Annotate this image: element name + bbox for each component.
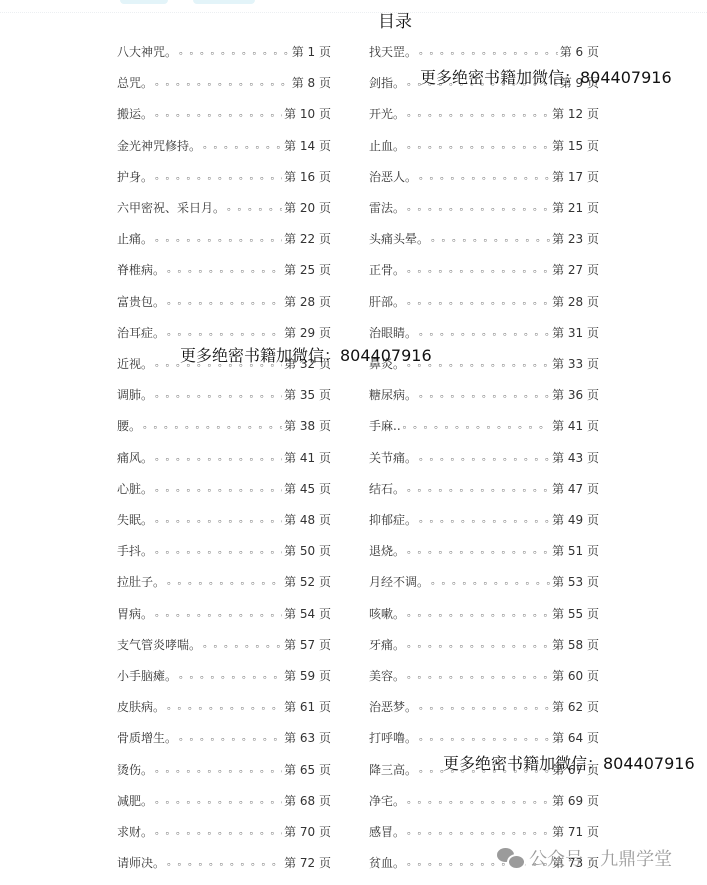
- toc-entry-page: 第 70 页: [282, 822, 331, 842]
- toc-entry-page: 第 69 页: [550, 791, 599, 811]
- toc-entry-page: 第 16 页: [282, 167, 331, 187]
- toc-entry-page: 第 28 页: [550, 292, 599, 312]
- toc-entry-page: 第 17 页: [550, 167, 599, 187]
- toc-dot-leader: 。。。。。。。。。。。。。。。。: [153, 385, 282, 405]
- promo-watermark-2: 更多绝密书籍加微信：804407916: [180, 343, 432, 366]
- toc-dot-leader: 。。。。。。。。。。。。。。。。: [165, 853, 282, 873]
- toc-entry-label: 减肥。: [117, 791, 153, 811]
- toc-entry[interactable]: 手麻..。。。。。。。。。。。。。。。。第 41 页: [369, 416, 599, 436]
- toc-dot-leader: 。。。。。。。。。。。。。。。。: [405, 479, 550, 499]
- toc-entry-page: 第 29 页: [282, 323, 331, 343]
- toc-dot-leader: 。。。。。。。。。。。。。。。。: [417, 510, 550, 530]
- toc-dot-leader: 。。。。。。。。。。。。。。。。: [405, 292, 550, 312]
- toc-entry-label: 美容。: [369, 666, 405, 686]
- toc-entry-page: 第 49 页: [550, 510, 599, 530]
- toc-dot-leader: 。。。。。。。。。。。。。。。。: [405, 791, 550, 811]
- toc-entry[interactable]: 金光神咒修持。。。。。。。。。。。。。。。。。第 14 页: [117, 136, 331, 156]
- toc-entry[interactable]: 支气管炎哮喘。。。。。。。。。。。。。。。。。第 57 页: [117, 635, 331, 655]
- toc-entry[interactable]: 请师决。。。。。。。。。。。。。。。。。第 72 页: [117, 853, 331, 873]
- toc-entry[interactable]: 求财。。。。。。。。。。。。。。。。。第 70 页: [117, 822, 331, 842]
- toc-entry-label: 感冒。: [369, 822, 405, 842]
- toc-dot-leader: 。。。。。。。。。。。。。。。。: [177, 42, 290, 62]
- toc-dot-leader: 。。。。。。。。。。。。。。。。: [153, 604, 282, 624]
- toc-entry[interactable]: 咳嗽。。。。。。。。。。。。。。。。。第 55 页: [369, 604, 599, 624]
- toc-dot-leader: 。。。。。。。。。。。。。。。。: [153, 479, 282, 499]
- toc-dot-leader: 。。。。。。。。。。。。。。。。: [417, 167, 550, 187]
- toc-entry-page: 第 61 页: [282, 697, 331, 717]
- toc-dot-leader: 。。。。。。。。。。。。。。。。: [405, 136, 550, 156]
- toc-entry-page: 第 10 页: [282, 104, 331, 124]
- toc-entry-page: 第 54 页: [282, 604, 331, 624]
- toc-entry-label: 止血。: [369, 136, 405, 156]
- toc-entry[interactable]: 抑郁症。。。。。。。。。。。。。。。。。第 49 页: [369, 510, 599, 530]
- toc-entry[interactable]: 八大神咒。。。。。。。。。。。。。。。。。第 1 页: [117, 42, 331, 62]
- toc-dot-leader: 。。。。。。。。。。。。。。。。: [417, 323, 550, 343]
- toc-entry-page: 第 60 页: [550, 666, 599, 686]
- toc-entry-label: 拉肚子。: [117, 572, 165, 592]
- toc-entry-page: 第 38 页: [282, 416, 331, 436]
- wechat-account-watermark: 公众号 · 九鼎学堂: [497, 845, 672, 871]
- toc-entry[interactable]: 止血。。。。。。。。。。。。。。。。。第 15 页: [369, 136, 599, 156]
- toc-dot-leader: 。。。。。。。。。。。。。。。。: [165, 572, 282, 592]
- toc-entry[interactable]: 止痛。。。。。。。。。。。。。。。。。第 22 页: [117, 229, 331, 249]
- toc-entry-label: 治耳症。: [117, 323, 165, 343]
- toc-entry-label: 雷法。: [369, 198, 405, 218]
- toc-dot-leader: 。。。。。。。。。。。。。。。。: [225, 198, 282, 218]
- toc-entry-label: 富贵包。: [117, 292, 165, 312]
- toc-entry-label: 净宅。: [369, 791, 405, 811]
- toc-dot-leader: 。。。。。。。。。。。。。。。。: [417, 448, 550, 468]
- toc-entry-label: 头痛头晕。: [369, 229, 429, 249]
- toc-dot-leader: 。。。。。。。。。。。。。。。。: [201, 635, 282, 655]
- toc-entry[interactable]: 皮肤病。。。。。。。。。。。。。。。。。第 61 页: [117, 697, 331, 717]
- toc-entry[interactable]: 烫伤。。。。。。。。。。。。。。。。。第 65 页: [117, 760, 331, 780]
- toc-entry-page: 第 59 页: [282, 666, 331, 686]
- toc-entry-label: 降三高。: [369, 760, 417, 780]
- toc-entry-page: 第 28 页: [282, 292, 331, 312]
- toc-entry-label: 开光。: [369, 104, 405, 124]
- toc-entry-page: 第 1 页: [290, 42, 331, 62]
- toc-entry-page: 第 27 页: [550, 260, 599, 280]
- toc-entry[interactable]: 找天罡。。。。。。。。。。。。。。。。。第 6 页: [369, 42, 599, 62]
- toc-entry[interactable]: 美容。。。。。。。。。。。。。。。。。第 60 页: [369, 666, 599, 686]
- toc-dot-leader: 。。。。。。。。。。。。。。。。: [405, 604, 550, 624]
- toc-entry-page: 第 14 页: [282, 136, 331, 156]
- toc-entry[interactable]: 小手脑瘫。。。。。。。。。。。。。。。。。第 59 页: [117, 666, 331, 686]
- toc-dot-leader: 。。。。。。。。。。。。。。。。: [429, 229, 550, 249]
- toc-entry-page: 第 15 页: [550, 136, 599, 156]
- toc-dot-leader: 。。。。。。。。。。。。。。。。: [405, 541, 550, 561]
- toc-dot-leader: 。。。。。。。。。。。。。。。。: [177, 728, 282, 748]
- toc-entry[interactable]: 胃病。。。。。。。。。。。。。。。。。第 54 页: [117, 604, 331, 624]
- toc-entry-label: 找天罡。: [369, 42, 417, 62]
- toc-entry[interactable]: 糖尿病。。。。。。。。。。。。。。。。。第 36 页: [369, 385, 599, 405]
- toc-entry-label: 咳嗽。: [369, 604, 405, 624]
- toc-entry-label: 搬运。: [117, 104, 153, 124]
- toc-entry-label: 肝部。: [369, 292, 405, 312]
- toc-entry-label: 打呼噜。: [369, 728, 417, 748]
- toc-entry[interactable]: 头痛头晕。。。。。。。。。。。。。。。。。第 23 页: [369, 229, 599, 249]
- toc-dot-leader: 。。。。。。。。。。。。。。。。: [201, 136, 282, 156]
- toc-entry-label: 手抖。: [117, 541, 153, 561]
- toc-entry[interactable]: 失眠。。。。。。。。。。。。。。。。。第 48 页: [117, 510, 331, 530]
- toc-entry-page: 第 12 页: [550, 104, 599, 124]
- toc-entry[interactable]: 搬运。。。。。。。。。。。。。。。。。第 10 页: [117, 104, 331, 124]
- toc-entry-label: 治眼睛。: [369, 323, 417, 343]
- toc-entry-label: 月经不调。: [369, 572, 429, 592]
- toc-entry-label: 近视。: [117, 354, 153, 374]
- toc-dot-leader: 。。。。。。。。。。。。。。。。: [153, 510, 282, 530]
- toc-dot-leader: 。。。。。。。。。。。。。。。。: [177, 666, 282, 686]
- toc-entry-label: 六甲密祝、采日月。: [117, 198, 225, 218]
- toc-dot-leader: 。。。。。。。。。。。。。。。。: [153, 229, 282, 249]
- toc-entry-page: 第 55 页: [550, 604, 599, 624]
- toc-entry-label: 止痛。: [117, 229, 153, 249]
- toc-entry[interactable]: 治耳症。。。。。。。。。。。。。。。。。第 29 页: [117, 323, 331, 343]
- toc-entry-page: 第 36 页: [550, 385, 599, 405]
- toc-entry[interactable]: 雷法。。。。。。。。。。。。。。。。。第 21 页: [369, 198, 599, 218]
- toc-dot-leader: 。。。。。。。。。。。。。。。。: [165, 697, 282, 717]
- toc-entry-label: 腰。: [117, 416, 141, 436]
- toc-dot-leader: 。。。。。。。。。。。。。。。。: [153, 448, 282, 468]
- toc-dot-leader: 。。。。。。。。。。。。。。。。: [141, 416, 282, 436]
- toc-entry-page: 第 51 页: [550, 541, 599, 561]
- toc-entry-label: 结石。: [369, 479, 405, 499]
- toc-entry-page: 第 41 页: [282, 448, 331, 468]
- toc-entry[interactable]: 减肥。。。。。。。。。。。。。。。。。第 68 页: [117, 791, 331, 811]
- toc-dot-leader: 。。。。。。。。。。。。。。。。: [429, 572, 550, 592]
- toc-entry[interactable]: 治眼睛。。。。。。。。。。。。。。。。。第 31 页: [369, 323, 599, 343]
- toc-entry-page: 第 6 页: [558, 42, 599, 62]
- toc-entry-label: 护身。: [117, 167, 153, 187]
- toc-entry-page: 第 25 页: [282, 260, 331, 280]
- toc-entry-label: 正骨。: [369, 260, 405, 280]
- toc-entry-label: 脊椎病。: [117, 260, 165, 280]
- toc-entry-label: 剑指。: [369, 73, 405, 93]
- toc-entry[interactable]: 心脏。。。。。。。。。。。。。。。。。第 45 页: [117, 479, 331, 499]
- toc-entry-page: 第 23 页: [550, 229, 599, 249]
- toc-entry[interactable]: 骨质增生。。。。。。。。。。。。。。。。。第 63 页: [117, 728, 331, 748]
- toc-entry[interactable]: 月经不调。。。。。。。。。。。。。。。。。第 53 页: [369, 572, 599, 592]
- toc-entry[interactable]: 打呼噜。。。。。。。。。。。。。。。。。第 64 页: [369, 728, 599, 748]
- toc-entry[interactable]: 退烧。。。。。。。。。。。。。。。。。第 51 页: [369, 541, 599, 561]
- toc-entry-page: 第 52 页: [282, 572, 331, 592]
- toc-entry-page: 第 45 页: [282, 479, 331, 499]
- toc-entry-page: 第 20 页: [282, 198, 331, 218]
- toc-dot-leader: 。。。。。。。。。。。。。。。。: [165, 260, 282, 280]
- toc-entry-label: 治恶人。: [369, 167, 417, 187]
- toc-entry-page: 第 71 页: [550, 822, 599, 842]
- toc-entry-page: 第 8 页: [290, 73, 331, 93]
- toc-entry-label: 八大神咒。: [117, 42, 177, 62]
- toc-entry[interactable]: 手抖。。。。。。。。。。。。。。。。。第 50 页: [117, 541, 331, 561]
- toc-entry-label: 求财。: [117, 822, 153, 842]
- toc-entry[interactable]: 调肺。。。。。。。。。。。。。。。。。第 35 页: [117, 385, 331, 405]
- toc-entry[interactable]: 净宅。。。。。。。。。。。。。。。。。第 69 页: [369, 791, 599, 811]
- wechat-icon: [497, 848, 523, 868]
- tab-remnant-1: [120, 0, 168, 4]
- toc-entry-page: 第 57 页: [282, 635, 331, 655]
- toc-entry-label: 退烧。: [369, 541, 405, 561]
- toc-entry[interactable]: 正骨。。。。。。。。。。。。。。。。。第 27 页: [369, 260, 599, 280]
- toc-title: 目录: [0, 7, 707, 32]
- toc-entry-label: 失眠。: [117, 510, 153, 530]
- toc-dot-leader: 。。。。。。。。。。。。。。。。: [153, 104, 282, 124]
- toc-entry-label: 抑郁症。: [369, 510, 417, 530]
- toc-dot-leader: 。。。。。。。。。。。。。。。。: [417, 385, 550, 405]
- toc-entry-page: 第 41 页: [550, 416, 599, 436]
- toc-dot-leader: 。。。。。。。。。。。。。。。。: [153, 822, 282, 842]
- toc-entry[interactable]: 开光。。。。。。。。。。。。。。。。。第 12 页: [369, 104, 599, 124]
- toc-entry-page: 第 43 页: [550, 448, 599, 468]
- toc-dot-leader: 。。。。。。。。。。。。。。。。: [405, 104, 550, 124]
- toc-dot-leader: 。。。。。。。。。。。。。。。。: [405, 198, 550, 218]
- toc-dot-leader: 。。。。。。。。。。。。。。。。: [417, 728, 550, 748]
- toc-entry[interactable]: 治恶人。。。。。。。。。。。。。。。。。第 17 页: [369, 167, 599, 187]
- toc-entry-page: 第 63 页: [282, 728, 331, 748]
- toc-entry-label: 小手脑瘫。: [117, 666, 177, 686]
- toc-entry-page: 第 62 页: [550, 697, 599, 717]
- toc-entry-page: 第 64 页: [550, 728, 599, 748]
- toc-entry-label: 关节痛。: [369, 448, 417, 468]
- toc-dot-leader: 。。。。。。。。。。。。。。。。: [417, 697, 550, 717]
- toc-entry-label: 胃病。: [117, 604, 153, 624]
- toc-entry[interactable]: 治恶梦。。。。。。。。。。。。。。。。。第 62 页: [369, 697, 599, 717]
- toc-dot-leader: 。。。。。。。。。。。。。。。。: [153, 541, 282, 561]
- toc-entry-page: 第 47 页: [550, 479, 599, 499]
- toc-entry[interactable]: 总咒。。。。。。。。。。。。。。。。。第 8 页: [117, 73, 331, 93]
- toc-entry-page: 第 65 页: [282, 760, 331, 780]
- toc-dot-leader: 。。。。。。。。。。。。。。。。: [405, 822, 550, 842]
- toc-entry-label: 支气管炎哮喘。: [117, 635, 201, 655]
- toc-dot-leader: 。。。。。。。。。。。。。。。。: [153, 73, 290, 93]
- toc-dot-leader: 。。。。。。。。。。。。。。。。: [405, 260, 550, 280]
- toc-entry[interactable]: 肝部。。。。。。。。。。。。。。。。。第 28 页: [369, 292, 599, 312]
- toc-entry-page: 第 33 页: [550, 354, 599, 374]
- toc-dot-leader: 。。。。。。。。。。。。。。。。: [417, 42, 558, 62]
- toc-entry-page: 第 68 页: [282, 791, 331, 811]
- toc-entry-page: 第 48 页: [282, 510, 331, 530]
- toc-entry-label: 心脏。: [117, 479, 153, 499]
- tab-remnant-2: [193, 0, 255, 4]
- promo-watermark-1: 更多绝密书籍加微信：804407916: [420, 65, 672, 88]
- toc-entry-page: 第 72 页: [282, 853, 331, 873]
- toc-entry-page: 第 53 页: [550, 572, 599, 592]
- toc-entry-label: 金光神咒修持。: [117, 136, 201, 156]
- toc-dot-leader: 。。。。。。。。。。。。。。。。: [165, 292, 282, 312]
- toc-entry-label: 总咒。: [117, 73, 153, 93]
- toc-dot-leader: 。。。。。。。。。。。。。。。。: [405, 666, 550, 686]
- toc-entry[interactable]: 六甲密祝、采日月。。。。。。。。。。。。。。。。。第 20 页: [117, 198, 331, 218]
- toc-entry-label: 请师决。: [117, 853, 165, 873]
- toc-entry-label: 骨质增生。: [117, 728, 177, 748]
- toc-entry[interactable]: 富贵包。。。。。。。。。。。。。。。。。第 28 页: [117, 292, 331, 312]
- toc-dot-leader: 。。。。。。。。。。。。。。。。: [153, 167, 282, 187]
- toc-entry[interactable]: 结石。。。。。。。。。。。。。。。。。第 47 页: [369, 479, 599, 499]
- toc-entry-page: 第 22 页: [282, 229, 331, 249]
- toc-entry[interactable]: 腰。。。。。。。。。。。。。。。。。第 38 页: [117, 416, 331, 436]
- toc-entry[interactable]: 痛风。。。。。。。。。。。。。。。。。第 41 页: [117, 448, 331, 468]
- toc-entry-label: 糖尿病。: [369, 385, 417, 405]
- toc-entry[interactable]: 拉肚子。。。。。。。。。。。。。。。。。第 52 页: [117, 572, 331, 592]
- toc-entry-page: 第 21 页: [550, 198, 599, 218]
- promo-watermark-3: 更多绝密书籍加微信：804407916: [443, 751, 695, 774]
- toc-dot-leader: 。。。。。。。。。。。。。。。。: [153, 760, 282, 780]
- toc-entry-label: 痛风。: [117, 448, 153, 468]
- toc-entry-page: 第 58 页: [550, 635, 599, 655]
- toc-entry-page: 第 50 页: [282, 541, 331, 561]
- toc-entry[interactable]: 护身。。。。。。。。。。。。。。。。。第 16 页: [117, 167, 331, 187]
- toc-entry[interactable]: 感冒。。。。。。。。。。。。。。。。。第 71 页: [369, 822, 599, 842]
- toc-entry-label: 烫伤。: [117, 760, 153, 780]
- toc-entry-label: 手麻..: [369, 416, 401, 436]
- toc-entry-label: 调肺。: [117, 385, 153, 405]
- toc-entry[interactable]: 牙痛。。。。。。。。。。。。。。。。。第 58 页: [369, 635, 599, 655]
- toc-entry-label: 皮肤病。: [117, 697, 165, 717]
- toc-entry-label: 牙痛。: [369, 635, 405, 655]
- toc-entry-page: 第 35 页: [282, 385, 331, 405]
- wechat-account-label: 公众号 · 九鼎学堂: [529, 845, 672, 871]
- toc-entry[interactable]: 关节痛。。。。。。。。。。。。。。。。。第 43 页: [369, 448, 599, 468]
- toc-dot-leader: 。。。。。。。。。。。。。。。。: [401, 416, 550, 436]
- toc-entry[interactable]: 脊椎病。。。。。。。。。。。。。。。。。第 25 页: [117, 260, 331, 280]
- toc-dot-leader: 。。。。。。。。。。。。。。。。: [153, 791, 282, 811]
- toc-dot-leader: 。。。。。。。。。。。。。。。。: [405, 635, 550, 655]
- toc-entry-label: 贫血。: [369, 853, 405, 873]
- toc-dot-leader: 。。。。。。。。。。。。。。。。: [165, 323, 282, 343]
- toc-entry-page: 第 31 页: [550, 323, 599, 343]
- toc-entry-label: 治恶梦。: [369, 697, 417, 717]
